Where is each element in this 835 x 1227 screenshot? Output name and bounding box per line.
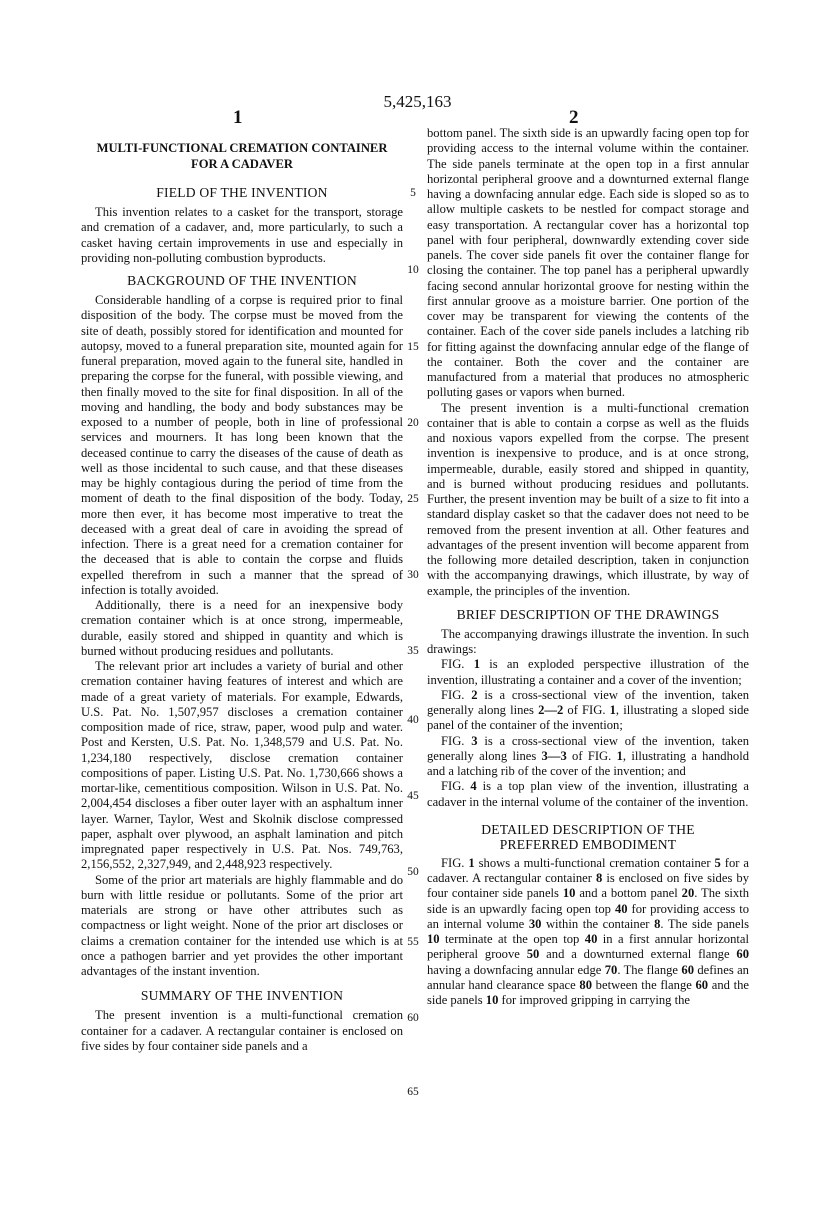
reference-numeral: 60 — [736, 947, 749, 961]
reference-numeral: 30 — [529, 917, 542, 931]
detailed-description-paragraph: FIG. 1 shows a multi-functional crematio… — [427, 856, 749, 1009]
line-number: 60 — [405, 1012, 421, 1024]
detailed-heading-line-1: DETAILED DESCRIPTION OF THE — [427, 822, 749, 837]
fig-1-description: FIG. 1 is an exploded perspective illust… — [427, 657, 749, 688]
fig-2-description: FIG. 2 is a cross-sectional view of the … — [427, 688, 749, 734]
text-segment: for improved gripping in carrying the — [498, 993, 690, 1007]
title-line-1: MULTI-FUNCTIONAL CREMATION CONTAINER — [81, 141, 403, 157]
document-title: MULTI-FUNCTIONAL CREMATION CONTAINER FOR… — [81, 141, 403, 172]
summary-paragraph-2: The present invention is a multi-functio… — [427, 401, 749, 599]
line-number: 35 — [405, 645, 421, 657]
right-column: bottom panel. The sixth side is an upwar… — [427, 126, 749, 1008]
reference-numeral: 70 — [605, 963, 618, 977]
line-number: 55 — [405, 936, 421, 948]
line-number: 10 — [405, 264, 421, 276]
summary-paragraph-1: The present invention is a multi-functio… — [81, 1008, 403, 1054]
line-number: 20 — [405, 417, 421, 429]
text-segment: and a downturned external flange — [539, 947, 736, 961]
text-segment: within the container — [541, 917, 654, 931]
detailed-heading-line-2: PREFERRED EMBODIMENT — [427, 837, 749, 852]
text-segment: . The flange — [617, 963, 681, 977]
patent-number: 5,425,163 — [0, 92, 835, 112]
reference-numeral: 10 — [427, 932, 440, 946]
text-segment: having a downfacing annular edge — [427, 963, 605, 977]
text-segment: FIG. — [441, 856, 468, 870]
reference-numeral: 40 — [615, 902, 628, 916]
reference-numeral: 50 — [527, 947, 540, 961]
background-paragraph-4: Some of the prior art materials are high… — [81, 873, 403, 980]
text-segment: terminate at the open top — [440, 932, 585, 946]
summary-paragraph-1-continued: bottom panel. The sixth side is an upwar… — [427, 126, 749, 401]
reference-numeral: 10 — [486, 993, 499, 1007]
title-line-2: FOR A CADAVER — [81, 157, 403, 173]
background-paragraph-1: Considerable handling of a corpse is req… — [81, 293, 403, 598]
line-number: 50 — [405, 866, 421, 878]
left-column: MULTI-FUNCTIONAL CREMATION CONTAINER FOR… — [81, 141, 403, 1054]
line-number: 25 — [405, 493, 421, 505]
text-segment: . The side panels — [660, 917, 749, 931]
reference-numeral: 60 — [681, 963, 694, 977]
reference-numeral: 80 — [579, 978, 592, 992]
fig-3-description: FIG. 3 is a cross-sectional view of the … — [427, 734, 749, 780]
reference-numeral: 40 — [585, 932, 598, 946]
drawings-intro: The accompanying drawings illustrate the… — [427, 627, 749, 658]
line-number: 40 — [405, 714, 421, 726]
background-paragraph-3: The relevant prior art includes a variet… — [81, 659, 403, 873]
line-number: 45 — [405, 790, 421, 802]
field-heading: FIELD OF THE INVENTION — [81, 185, 403, 201]
reference-numeral: 10 — [563, 886, 576, 900]
field-paragraph: This invention relates to a casket for t… — [81, 205, 403, 266]
line-number: 15 — [405, 341, 421, 353]
drawings-heading: BRIEF DESCRIPTION OF THE DRAWINGS — [427, 607, 749, 623]
background-paragraph-2: Additionally, there is a need for an ine… — [81, 598, 403, 659]
summary-heading: SUMMARY OF THE INVENTION — [81, 988, 403, 1004]
text-segment: and a bottom panel — [575, 886, 681, 900]
detailed-description-heading: DETAILED DESCRIPTION OF THE PREFERRED EM… — [427, 822, 749, 852]
text-segment: between the flange — [592, 978, 695, 992]
text-segment: shows a multi-functional cremation conta… — [475, 856, 715, 870]
line-number: 65 — [405, 1086, 421, 1098]
column-number-left: 1 — [233, 107, 243, 129]
reference-numeral: 20 — [682, 886, 695, 900]
background-heading: BACKGROUND OF THE INVENTION — [81, 273, 403, 289]
reference-numeral: 60 — [696, 978, 709, 992]
line-number: 30 — [405, 569, 421, 581]
line-number: 5 — [405, 187, 421, 199]
fig-4-description: FIG. 4 is a top plan view of the inventi… — [427, 779, 749, 810]
